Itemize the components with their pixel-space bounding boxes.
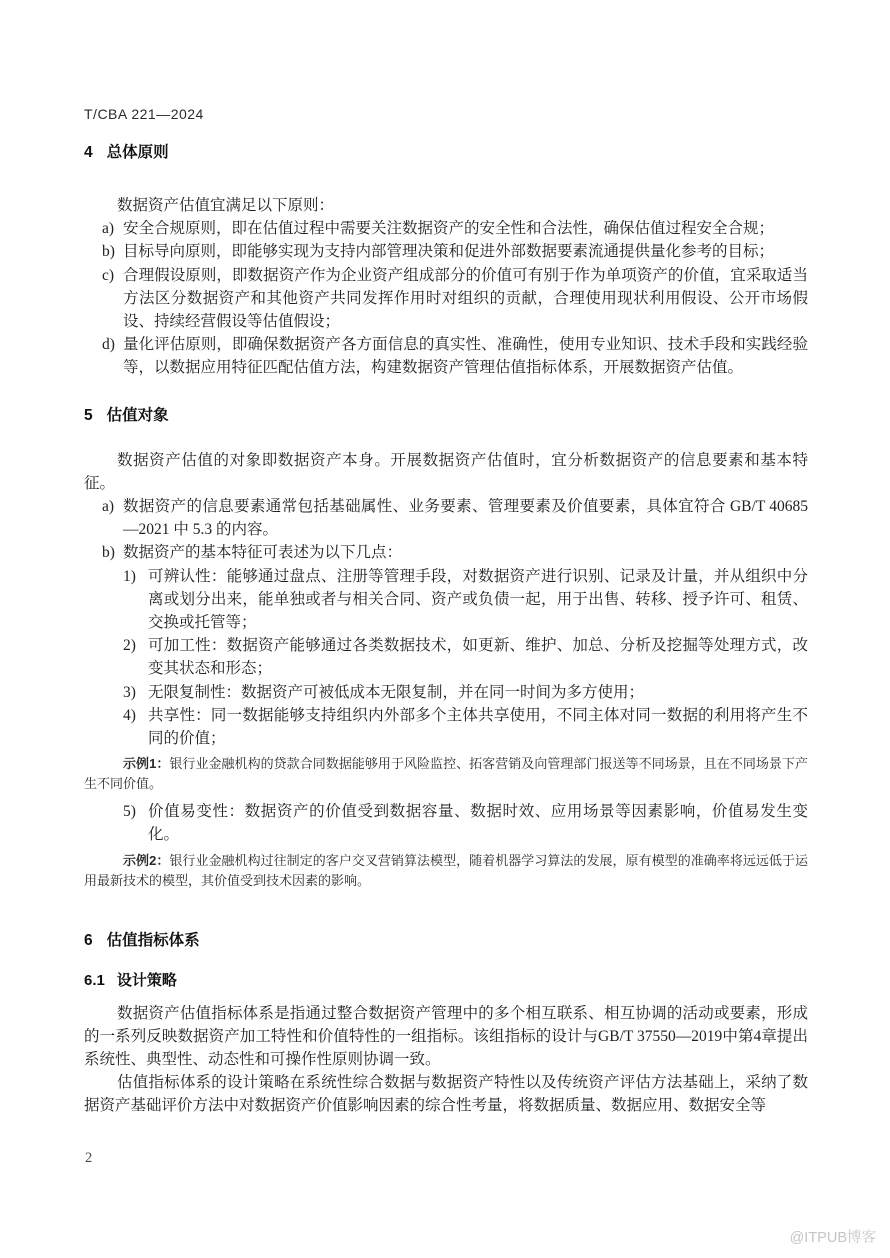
example-1: 示例1：银行业金融机构的贷款合同数据能够用于风险监控、拓客营销及向管理部门报送等… [84,754,808,794]
section-5-number: 5 [84,407,93,424]
list-item-4d-label: d) [102,333,115,356]
section-5-title: 估值对象 [107,407,169,424]
sublist-item-3: 3) 无限复制性：数据资产可被低成本无限复制，并在同一时间为多方使用； [84,681,808,704]
list-item-4a: a) 安全合规原则，即在估值过程中需要关注数据资产的安全性和合法性，确保估值过程… [84,217,808,240]
sublist-item-3-text: 无限复制性：数据资产可被低成本无限复制，并在同一时间为多方使用； [148,684,644,701]
example-2-label: 示例2： [123,853,169,868]
list-item-4d-text: 量化评估原则，即确保数据资产各方面信息的真实性、准确性，使用专业知识、技术手段和… [123,336,808,376]
list-item-5b-label: b) [102,541,115,564]
example-1-text: 银行业金融机构的贷款合同数据能够用于风险监控、拓客营销及向管理部门报送等不同场景… [84,756,808,791]
sublist-item-1-text: 可辨认性：能够通过盘点、注册等管理手段，对数据资产进行识别、记录及计量，并从组织… [148,568,808,631]
list-item-5a: a) 数据资产的信息要素通常包括基础属性、业务要素、管理要素及价值要素，具体宜符… [84,495,808,541]
sublist-item-1: 1) 可辨认性：能够通过盘点、注册等管理手段，对数据资产进行识别、记录及计量，并… [84,565,808,635]
page-number: 2 [85,1150,92,1167]
list-item-5a-label: a) [102,495,114,518]
section-5-heading: 5估值对象 [84,406,808,425]
section-5-intro: 数据资产估值的对象即数据资产本身。开展数据资产估值时，宜分析数据资产的信息要素和… [84,449,808,495]
sublist-item-5-text: 价值易变性：数据资产的价值受到数据容量、数据时效、应用场景等因素影响，价值易发生… [148,803,808,843]
document-page: T/CBA 221—2024 4总体原则 数据资产估值宜满足以下原则： a) 安… [84,0,808,1118]
list-item-4a-label: a) [102,217,114,240]
list-item-5b: b) 数据资产的基本特征可表述为以下几点： [84,541,808,564]
watermark: @ITPUB博客 [790,1226,876,1247]
section-6-heading: 6估值指标体系 [84,931,808,950]
sublist-item-3-label: 3) [123,681,136,704]
list-item-4c-text: 合理假设原则，即数据资产作为企业资产组成部分的价值可有别于作为单项资产的价值，宜… [123,267,808,330]
list-item-4b-label: b) [102,240,115,263]
section-6-title: 估值指标体系 [107,932,200,949]
sublist-item-4-text: 共享性：同一数据能够支持组织内外部多个主体共享使用，不同主体对同一数据的利用将产… [148,707,808,747]
sublist-item-4: 4) 共享性：同一数据能够支持组织内外部多个主体共享使用，不同主体对同一数据的利… [84,704,808,750]
section-6-1-title: 设计策略 [117,972,177,989]
list-item-4c-label: c) [102,264,114,287]
section-6-1-heading: 6.1设计策略 [84,972,808,990]
section-6-1-paragraph-2: 估值指标体系的设计策略在系统性综合数据与数据资产特性以及传统资产评估方法基础上，… [84,1071,808,1117]
list-item-4c: c) 合理假设原则，即数据资产作为企业资产组成部分的价值可有别于作为单项资产的价… [84,264,808,334]
section-6-1-paragraph-1: 数据资产估值指标体系是指通过整合数据资产管理中的多个相互联系、相互协调的活动或要… [84,1002,808,1072]
sublist-item-2-label: 2) [123,634,136,657]
sublist-item-5-label: 5) [123,800,136,823]
document-number-header: T/CBA 221—2024 [84,106,808,122]
sublist-item-1-label: 1) [123,565,136,588]
list-item-4d: d) 量化评估原则，即确保数据资产各方面信息的真实性、准确性，使用专业知识、技术… [84,333,808,379]
sublist-item-2-text: 可加工性：数据资产能够通过各类数据技术，如更新、维护、加总、分析及挖掘等处理方式… [148,637,808,677]
list-item-4b: b) 目标导向原则，即能够实现为支持内部管理决策和促进外部数据要素流通提供量化参… [84,240,808,263]
list-item-5a-text: 数据资产的信息要素通常包括基础属性、业务要素、管理要素及价值要素，具体宜符合 G… [123,498,808,538]
section-6-1-number: 6.1 [84,972,105,989]
section-4-heading: 4总体原则 [84,143,808,162]
sublist-item-2: 2) 可加工性：数据资产能够通过各类数据技术，如更新、维护、加总、分析及挖掘等处… [84,634,808,680]
section-4-title: 总体原则 [107,144,169,161]
list-item-4a-text: 安全合规原则，即在估值过程中需要关注数据资产的安全性和合法性，确保估值过程安全合… [123,220,774,237]
example-2-text: 银行业金融机构过往制定的客户交叉营销算法模型，随着机器学习算法的发展，原有模型的… [84,853,808,888]
sublist-item-5: 5) 价值易变性：数据资产的价值受到数据容量、数据时效、应用场景等因素影响，价值… [84,800,808,846]
section-4-number: 4 [84,144,93,161]
sublist-item-4-label: 4) [123,704,136,727]
example-1-label: 示例1： [123,756,169,771]
list-item-4b-text: 目标导向原则，即能够实现为支持内部管理决策和促进外部数据要素流通提供量化参考的目… [123,243,774,260]
section-6-number: 6 [84,932,93,949]
example-2: 示例2：银行业金融机构过往制定的客户交叉营销算法模型，随着机器学习算法的发展，原… [84,851,808,891]
section-4-intro: 数据资产估值宜满足以下原则： [84,194,808,217]
list-item-5b-text: 数据资产的基本特征可表述为以下几点： [123,544,402,561]
